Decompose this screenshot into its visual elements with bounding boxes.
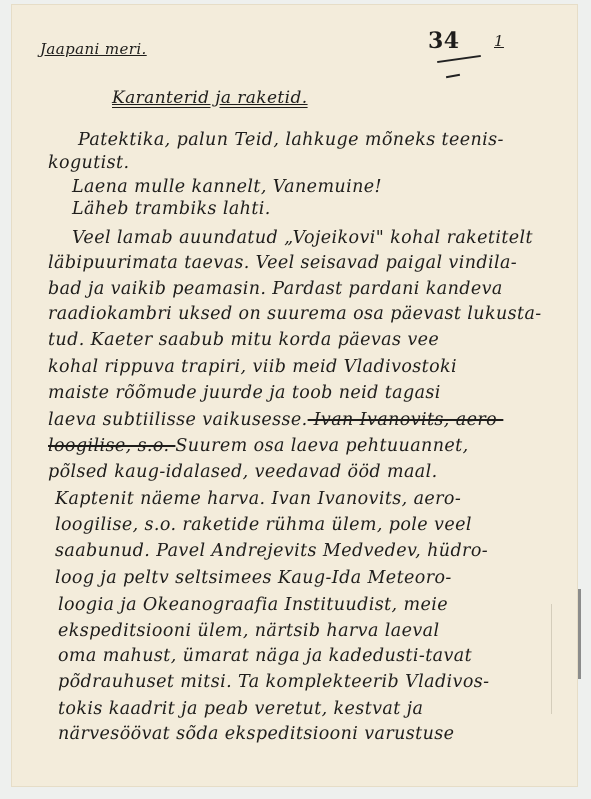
manuscript-line: loogilise, s.o. Suurem osa laeva pehtuua… bbox=[48, 436, 469, 456]
manuscript-line: loog ja peltv seltsimees Kaug-Ida Meteor… bbox=[55, 568, 452, 588]
line-text: raadiokambri uksed on suurema osa päevas… bbox=[48, 304, 542, 324]
sheet-number: 1 bbox=[494, 32, 504, 50]
manuscript-line: raadiokambri uksed on suurema osa päevas… bbox=[48, 304, 542, 324]
paper-fold-mark bbox=[551, 604, 552, 714]
line-text: närvesöövat sõda ekspeditsiooni varustus… bbox=[58, 724, 454, 744]
line-text: tud. Kaeter saabub mitu korda päevas vee bbox=[48, 330, 439, 350]
line-text: Kaptenit näeme harva. Ivan Ivanovits, ae… bbox=[55, 489, 461, 509]
location-heading-text: Jaapani meri. bbox=[40, 40, 147, 58]
manuscript-line: Kaptenit näeme harva. Ivan Ivanovits, ae… bbox=[55, 489, 461, 509]
line-text: oma mahust, ümarat näga ja kadedusti-tav… bbox=[58, 646, 472, 666]
line-text: läbipuurimata taevas. Veel seisavad paig… bbox=[48, 253, 517, 273]
manuscript-line: oma mahust, ümarat näga ja kadedusti-tav… bbox=[58, 646, 472, 666]
manuscript-line: Läheb trambiks lahti. bbox=[72, 199, 271, 219]
line-text: kohal rippuva trapiri, viib meid Vladivo… bbox=[48, 357, 457, 377]
line-text: Suurem osa laeva pehtuuannet, bbox=[175, 436, 468, 456]
manuscript-line: loogia ja Okeanograafia Instituudist, me… bbox=[58, 595, 448, 615]
location-heading: Jaapani meri. bbox=[40, 40, 147, 58]
line-text: Patektika, palun Teid, lahkuge mõneks te… bbox=[78, 130, 504, 150]
line-text: Laena mulle kannelt, Vanemuine! bbox=[72, 177, 382, 197]
line-text: põdrauhuset mitsi. Ta komplekteerib Vlad… bbox=[58, 672, 489, 692]
line-text: Veel lamab auundatud „Vojeikovi" kohal r… bbox=[72, 228, 533, 248]
chapter-title: Karanterid ja raketid. bbox=[112, 88, 308, 108]
line-text: saabunud. Pavel Andrejevits Medvedev, hü… bbox=[55, 541, 488, 561]
line-text: loog ja peltv seltsimees Kaug-Ida Meteor… bbox=[55, 568, 452, 588]
line-text: Läheb trambiks lahti. bbox=[72, 199, 271, 219]
manuscript-line: laeva subtiilisse vaikusesse. Ivan Ivano… bbox=[48, 410, 503, 430]
manuscript-line: Patektika, palun Teid, lahkuge mõneks te… bbox=[78, 130, 504, 150]
struck-through-text: loogilise, s.o. bbox=[48, 436, 175, 456]
manuscript-line: loogilise, s.o. raketide rühma ülem, pol… bbox=[55, 515, 472, 535]
manuscript-line: tud. Kaeter saabub mitu korda päevas vee bbox=[48, 330, 439, 350]
manuscript-line: kogutist. bbox=[48, 153, 129, 173]
manuscript-line: Veel lamab auundatud „Vojeikovi" kohal r… bbox=[72, 228, 533, 248]
line-text: loogia ja Okeanograafia Instituudist, me… bbox=[58, 595, 448, 615]
manuscript-line: kohal rippuva trapiri, viib meid Vladivo… bbox=[48, 357, 457, 377]
line-text: põlsed kaug-idalased, veedavad ööd maal. bbox=[48, 462, 438, 482]
manuscript-line: Laena mulle kannelt, Vanemuine! bbox=[72, 177, 382, 197]
line-text: laeva subtiilisse vaikusesse. bbox=[48, 410, 308, 430]
manuscript-line: närvesöövat sõda ekspeditsiooni varustus… bbox=[58, 724, 454, 744]
struck-through-text: Ivan Ivanovits, aero- bbox=[308, 410, 504, 430]
manuscript-line: bad ja vaikib peamasin. Pardast pardani … bbox=[48, 279, 503, 299]
line-text: loogilise, s.o. raketide rühma ülem, pol… bbox=[55, 515, 472, 535]
line-text: ekspeditsiooni ülem, närtsib harva laeva… bbox=[58, 621, 439, 641]
manuscript-line: põlsed kaug-idalased, veedavad ööd maal. bbox=[48, 462, 438, 482]
manuscript-line: põdrauhuset mitsi. Ta komplekteerib Vlad… bbox=[58, 672, 489, 692]
line-text: tokis kaadrit ja peab veretut, kestvat j… bbox=[58, 699, 423, 719]
manuscript-line: saabunud. Pavel Andrejevits Medvedev, hü… bbox=[55, 541, 488, 561]
manuscript-line: tokis kaadrit ja peab veretut, kestvat j… bbox=[58, 699, 423, 719]
page-number: 34 bbox=[428, 28, 459, 54]
line-text: kogutist. bbox=[48, 153, 129, 173]
manuscript-line: läbipuurimata taevas. Veel seisavad paig… bbox=[48, 253, 517, 273]
manuscript-line: maiste rõõmude juurde ja toob neid tagas… bbox=[48, 383, 441, 403]
manuscript-line: ekspeditsiooni ülem, närtsib harva laeva… bbox=[58, 621, 439, 641]
line-text: bad ja vaikib peamasin. Pardast pardani … bbox=[48, 279, 503, 299]
line-text: maiste rõõmude juurde ja toob neid tagas… bbox=[48, 383, 441, 403]
